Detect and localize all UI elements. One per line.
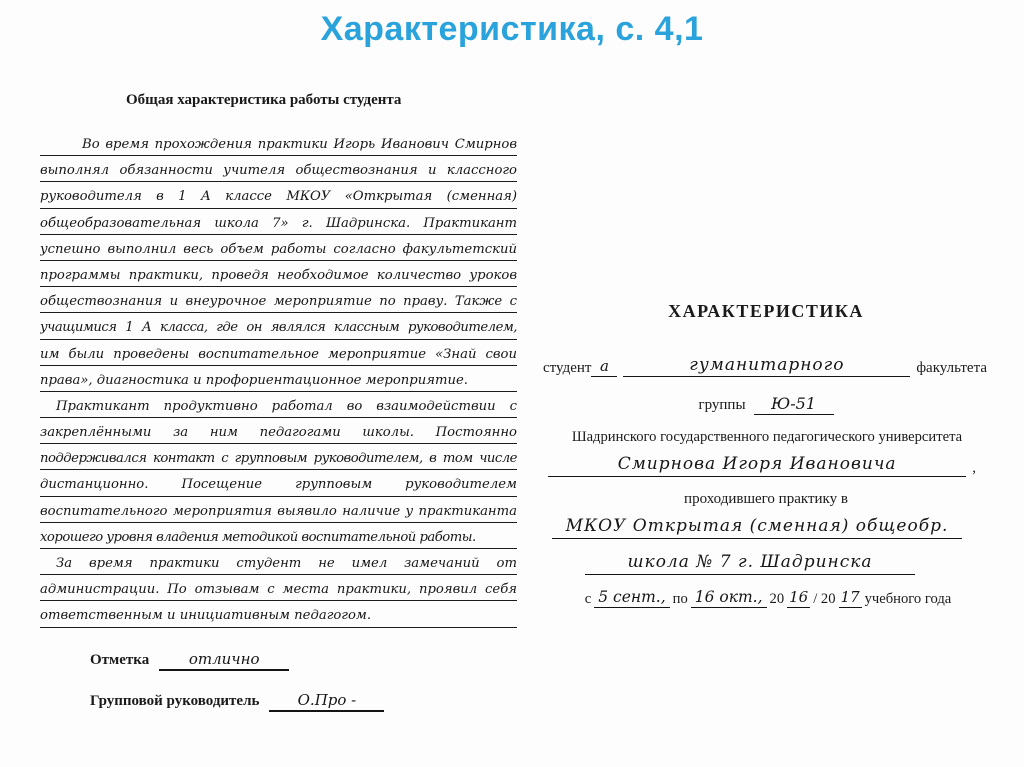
general-characteristic-text: Во время прохождения практики Игорь Иван… <box>40 130 517 628</box>
student-faculty-line: студент а гуманитарного факультета <box>543 355 987 377</box>
student-name-line: Смирнова Игоря Ивановича , <box>548 452 976 477</box>
handwritten-line: закреплёнными за ним педагогами школы. П… <box>40 418 517 444</box>
group-number-handwritten: Ю-51 <box>754 394 834 415</box>
handwritten-line: выполнял обязанности учителя обществозна… <box>40 156 517 182</box>
year1-prefix-label: 20 <box>770 591 785 608</box>
handwritten-line: ответственным и инициативным педагогом. <box>40 601 517 627</box>
group-leader-label: Групповой руководитель <box>90 693 259 709</box>
year1-handwritten: 16 <box>787 588 810 608</box>
handwritten-line: Практикант продуктивно работал во взаимо… <box>40 392 517 418</box>
practice-place-line1: МКОУ Открытая (сменная) общеобр. <box>552 513 962 539</box>
group-leader-row: Групповой руководительО.Про - <box>90 691 384 712</box>
handwritten-line: Во время прохождения практики Игорь Иван… <box>40 130 517 156</box>
handwritten-line: руководителя в 1 А классе МКОУ «Открытая… <box>40 182 517 208</box>
handwritten-line: учащимися 1 А класса, где он являлся кла… <box>40 313 517 339</box>
handwritten-line: поддерживался контакт с групповым руково… <box>40 444 517 470</box>
practice-label-line: проходившего практику в <box>540 491 992 508</box>
student-ending-handwritten: а <box>591 357 617 377</box>
handwritten-line: успешно выполнил весь объем работы согла… <box>40 235 517 261</box>
slide-canvas: { "slide": { "title": "Характеристика, с… <box>0 0 1024 767</box>
date-prefix-label: с <box>585 591 591 608</box>
name-comma: , <box>972 460 976 477</box>
mark-value: отлично <box>159 650 289 671</box>
faculty-handwritten: гуманитарного <box>623 355 910 377</box>
handwritten-line: За время практики студент не имел замеча… <box>40 549 517 575</box>
handwritten-line: дистанционно. Посещение групповым руково… <box>40 470 517 496</box>
handwritten-line: права», диагностика и профориентационное… <box>40 366 517 392</box>
group-label: группы <box>698 397 745 413</box>
year2-handwritten: 17 <box>839 588 862 608</box>
handwritten-line: общеобразовательная школа 7» г. Шадринск… <box>40 209 517 235</box>
mark-label: Отметка <box>90 652 149 668</box>
handwritten-line: им были проведены воспитательное меропри… <box>40 340 517 366</box>
year-slash-label: / 20 <box>813 591 835 608</box>
faculty-label: факультета <box>916 360 987 377</box>
right-page-heading: ХАРАКТЕРИСТИКА <box>540 301 992 322</box>
student-name-handwritten: Смирнова Игоря Ивановича <box>548 452 966 477</box>
practice-place-handwritten-1: МКОУ Открытая (сменная) общеобр. <box>552 513 962 539</box>
student-prefix-label: студент <box>543 360 591 377</box>
handwritten-line: воспитательного мероприятия выявило нали… <box>40 497 517 523</box>
mark-row: Отметкаотлично <box>90 650 289 671</box>
slide-title: Характеристика, с. 4,1 <box>0 10 1024 49</box>
group-leader-signature: О.Про - <box>269 691 384 712</box>
date-suffix-label: учебного года <box>865 591 952 608</box>
handwritten-line: обществознания и внеурочное мероприятие … <box>40 287 517 313</box>
practice-dates-line: с 5 сент., по 16 окт., 20 16 / 20 17 уче… <box>543 588 993 608</box>
date-to-handwritten: 16 окт., <box>691 588 767 608</box>
group-line: группыЮ-51 <box>540 394 992 415</box>
handwritten-line: хорошего уровня владения методикой воспи… <box>40 523 517 549</box>
handwritten-line: администрации. По отзывам с места практи… <box>40 575 517 601</box>
practice-place-handwritten-2: школа № 7 г. Шадринска <box>585 549 915 575</box>
practice-place-line2: школа № 7 г. Шадринска <box>585 549 915 575</box>
date-po-label: по <box>673 591 688 608</box>
left-page-heading: Общая характеристика работы студента <box>126 92 401 109</box>
date-from-handwritten: 5 сент., <box>594 588 669 608</box>
university-line: Шадринского государственного педагогичес… <box>538 429 996 446</box>
handwritten-line: программы практики, проведя необходимое … <box>40 261 517 287</box>
